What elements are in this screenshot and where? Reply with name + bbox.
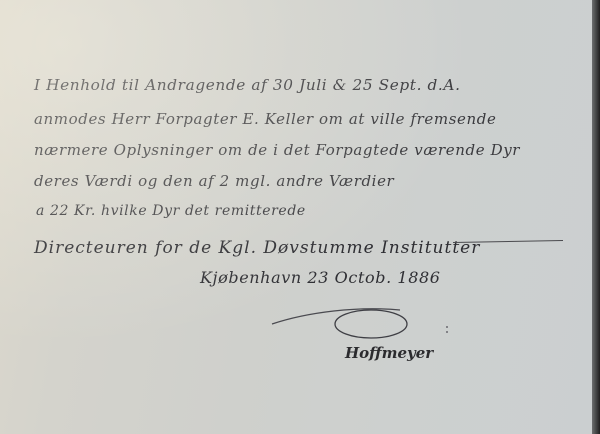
body-line-3: nærmere Oplysninger om de i det Forpagte… — [34, 141, 520, 159]
letter-heading: Directeuren for de Kgl. Døvstumme Instit… — [34, 238, 480, 258]
letter-page: I Henhold til Andragende af 30 Juli & 25… — [0, 0, 592, 434]
body-line-4: deres Værdi og den af 2 mgl. andre Værdi… — [34, 172, 394, 190]
body-line-1: I Henhold til Andragende af 30 Juli & 25… — [34, 76, 461, 94]
body-line-2: anmodes Herr Forpagter E. Keller om at v… — [34, 110, 496, 128]
dateline: Kjøbenhavn 23 Octob. 1886 — [200, 268, 441, 287]
body-line-5: a 22 Kr. hvilke Dyr det remitterede — [36, 203, 306, 219]
page-edge-shadow — [592, 0, 600, 434]
colon-mark — [446, 326, 449, 335]
signature: Hoffmeyer — [345, 344, 433, 362]
